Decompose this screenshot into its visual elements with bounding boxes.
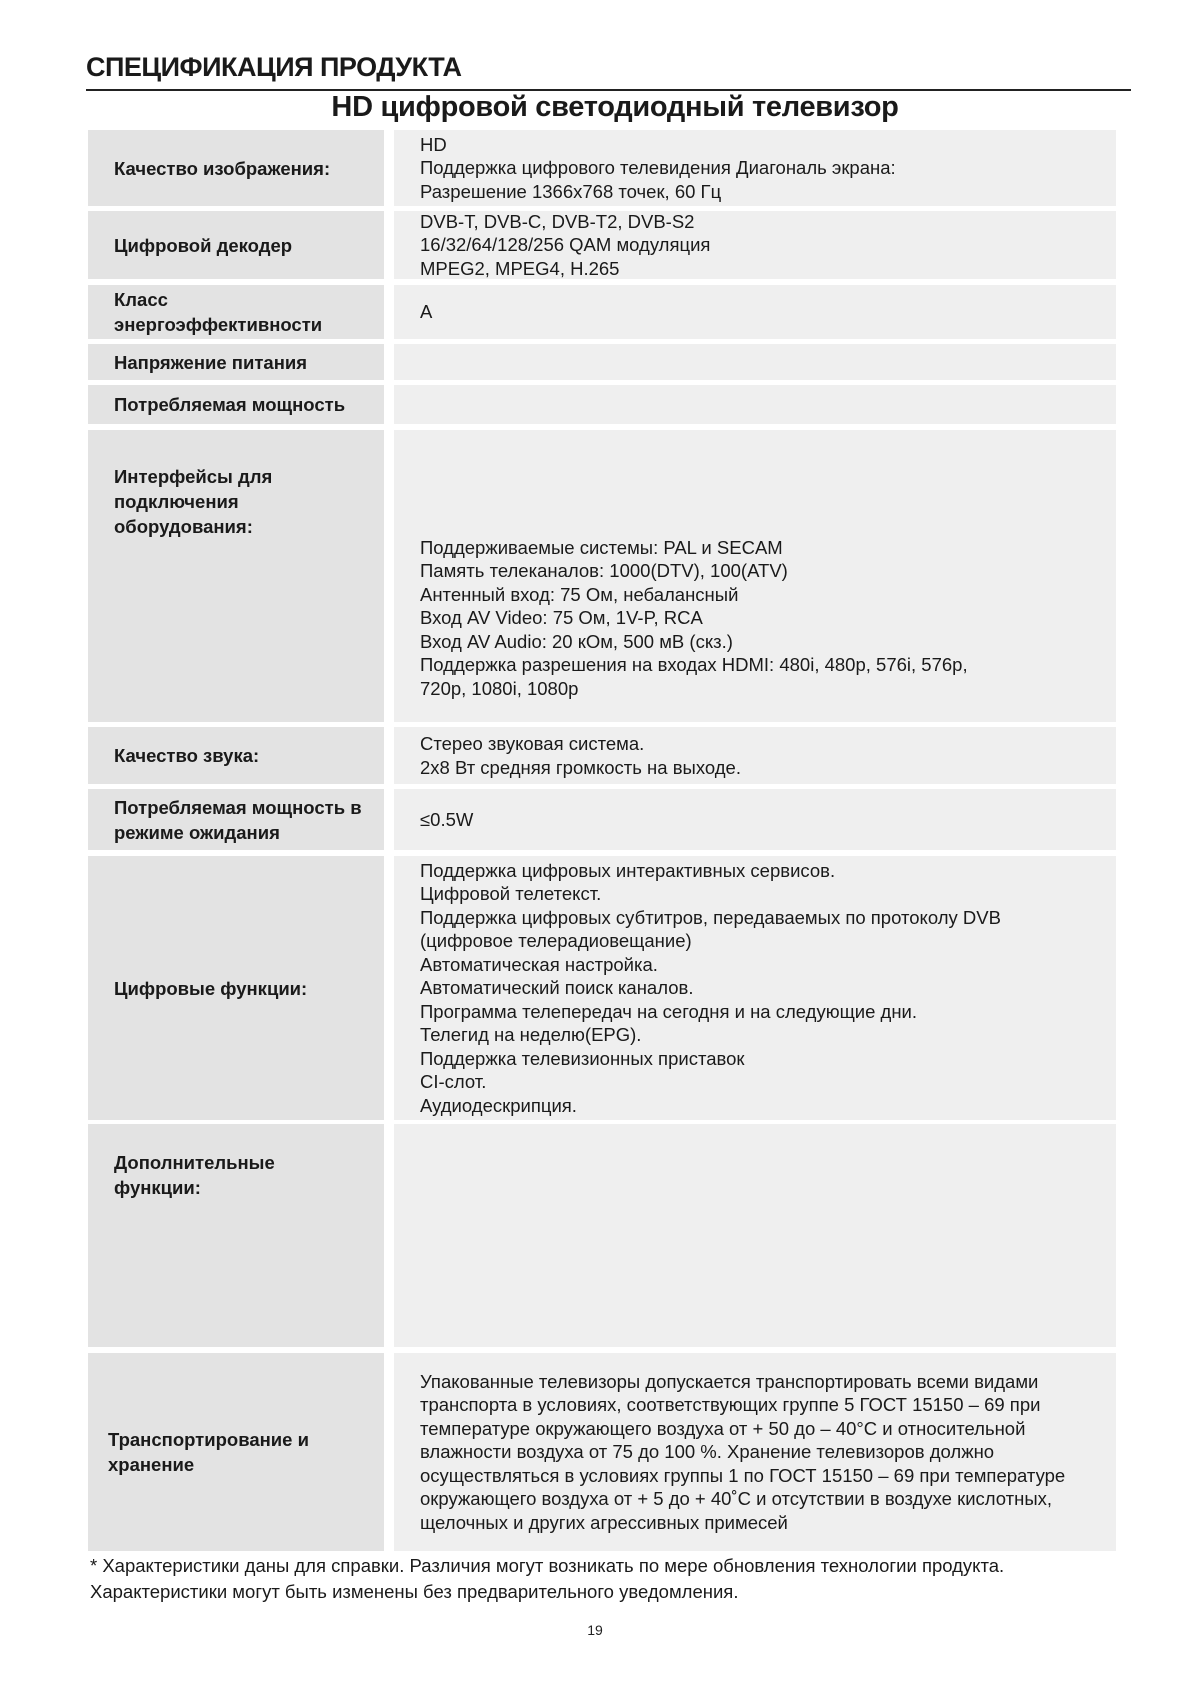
spec-label-text: Потребляемая мощность в режиме ожидания [114,795,364,845]
spec-value: Поддерживаемые системы: PAL и SECAMПамят… [394,430,1116,722]
spec-value-line: Автоматический поиск каналов. [420,976,1116,1000]
spec-value-line: 2x8 Вт средняя громкость на выходе. [420,756,1116,780]
spec-value-line: температуре окружающего воздуха от + 50 … [420,1417,1116,1441]
spec-value-line: Телегид на неделю(EPG). [420,1023,1116,1047]
spec-label-text: Интерфейсы для подключения оборудования: [114,464,314,539]
spec-value-line: Вход AV Audio: 20 кОм, 500 мВ (скз.) [420,630,1116,654]
product-subtitle: HD цифровой светодиодный телевизор [0,91,1190,124]
spec-value-line: 720p, 1080i, 1080p [420,677,1116,701]
spec-value [394,1124,1116,1347]
spec-value: HDПоддержка цифрового телевидения Диагон… [394,130,1116,206]
spec-value-line: Разрешение 1366x768 точек, 60 Гц [420,180,1116,204]
spec-row: Интерфейсы для подключения оборудования:… [88,430,1116,722]
spec-label: Цифровые функции: [88,856,384,1120]
spec-row: Цифровые функции:Поддержка цифровых инте… [88,856,1116,1120]
spec-value-line: Поддержка цифровых интерактивных сервисо… [420,859,1116,883]
spec-label-text: Напряжение питания [114,350,307,375]
spec-row: Транспортирование и хранениеУпакованные … [88,1353,1116,1551]
footnote: * Характеристики даны для справки. Разли… [90,1553,1004,1605]
spec-value-line: Упакованные телевизоры допускается транс… [420,1370,1116,1394]
spec-value-line: транспорта в условиях, соответствующих г… [420,1393,1116,1417]
spec-row: Качество звука:Стерео звуковая система.2… [88,727,1116,784]
spec-value-line: Поддержка цифрового телевидения Диагонал… [420,156,1116,180]
spec-value-line: DVB-T, DVB-C, DVB-T2, DVB-S2 [420,210,1116,234]
spec-row: Класс энергоэффективностиA [88,285,1116,339]
spec-value-line: CI-слот. [420,1070,1116,1094]
spec-value-line: Поддержка разрешения на входах HDMI: 480… [420,653,1116,677]
spec-value-line: A [420,300,1116,324]
spec-value-line: HD [420,133,1116,157]
spec-value: Поддержка цифровых интерактивных сервисо… [394,856,1116,1120]
spec-label-text: Качество звука: [114,743,259,768]
spec-label-text: Класс энергоэффективности [114,287,314,337]
spec-value-line: MPEG2, MPEG4, H.265 [420,257,1116,281]
footnote-line-2: Характеристики могут быть изменены без п… [90,1579,1004,1605]
footnote-line-1: * Характеристики даны для справки. Разли… [90,1553,1004,1579]
spec-label: Потребляемая мощность в режиме ожидания [88,789,384,850]
page-title: СПЕЦИФИКАЦИЯ ПРОДУКТА [86,52,462,83]
spec-label: Цифровой декодер [88,211,384,279]
spec-label: Напряжение питания [88,344,384,380]
spec-label-text: Транспортирование и хранение [108,1427,358,1477]
spec-label-text: Потребляемая мощность [114,392,345,417]
spec-value [394,385,1116,424]
spec-label: Интерфейсы для подключения оборудования: [88,430,384,722]
spec-label: Транспортирование и хранение [88,1353,384,1551]
spec-value: Стерео звуковая система.2x8 Вт средняя г… [394,727,1116,784]
page-number: 19 [0,1622,1190,1638]
spec-value: Упакованные телевизоры допускается транс… [394,1353,1116,1551]
spec-value-line: Аудиодескрипция. [420,1094,1116,1118]
spec-value-line: Память телеканалов: 1000(DTV), 100(ATV) [420,559,1116,583]
spec-label: Качество изображения: [88,130,384,206]
spec-label-text: Цифровые функции: [114,976,307,1001]
spec-value-line: щелочных и других агрессивных примесей [420,1511,1116,1535]
spec-value-line: Программа телепередач на сегодня и на сл… [420,1000,1116,1024]
spec-label-text: Качество изображения: [114,156,330,181]
spec-value-line: (цифровое телерадиовещание) [420,929,1116,953]
spec-label-text: Дополнительные функции: [114,1150,314,1200]
spec-value: A [394,285,1116,339]
spec-value-line: Поддержка цифровых субтитров, передаваем… [420,906,1116,930]
spec-value: ≤0.5W [394,789,1116,850]
spec-value: DVB-T, DVB-C, DVB-T2, DVB-S216/32/64/128… [394,211,1116,279]
spec-value-line: Поддержка телевизионных приставок [420,1047,1116,1071]
spec-value [394,344,1116,380]
spec-value-line: Автоматическая настройка. [420,953,1116,977]
spec-row: Потребляемая мощность [88,385,1116,424]
spec-value-line: 16/32/64/128/256 QAM модуляция [420,233,1116,257]
spec-row: Дополнительные функции: [88,1124,1116,1347]
spec-value-line: Стерео звуковая система. [420,732,1116,756]
spec-label: Потребляемая мощность [88,385,384,424]
spec-row: Цифровой декодерDVB-T, DVB-C, DVB-T2, DV… [88,211,1116,279]
spec-row: Потребляемая мощность в режиме ожидания≤… [88,789,1116,850]
spec-value-line: Вход AV Video: 75 Ом, 1V-P, RCA [420,606,1116,630]
spec-label-text: Цифровой декодер [114,233,292,258]
spec-value-line: окружающего воздуха от + 5 до + 40˚C и о… [420,1487,1116,1511]
spec-value-line: осуществляться в условиях группы 1 по ГО… [420,1464,1116,1488]
spec-value-line: влажности воздуха от 75 до 100 %. Хранен… [420,1440,1116,1464]
spec-label: Качество звука: [88,727,384,784]
spec-row: Качество изображения:HDПоддержка цифрово… [88,130,1116,206]
spec-value-line: Цифровой телетекст. [420,882,1116,906]
spec-row: Напряжение питания [88,344,1116,380]
spec-value-line: Антенный вход: 75 Ом, небалансный [420,583,1116,607]
spec-label: Класс энергоэффективности [88,285,384,339]
spec-label: Дополнительные функции: [88,1124,384,1347]
spec-value-line: ≤0.5W [420,808,1116,832]
spec-value-line: Поддерживаемые системы: PAL и SECAM [420,536,1116,560]
